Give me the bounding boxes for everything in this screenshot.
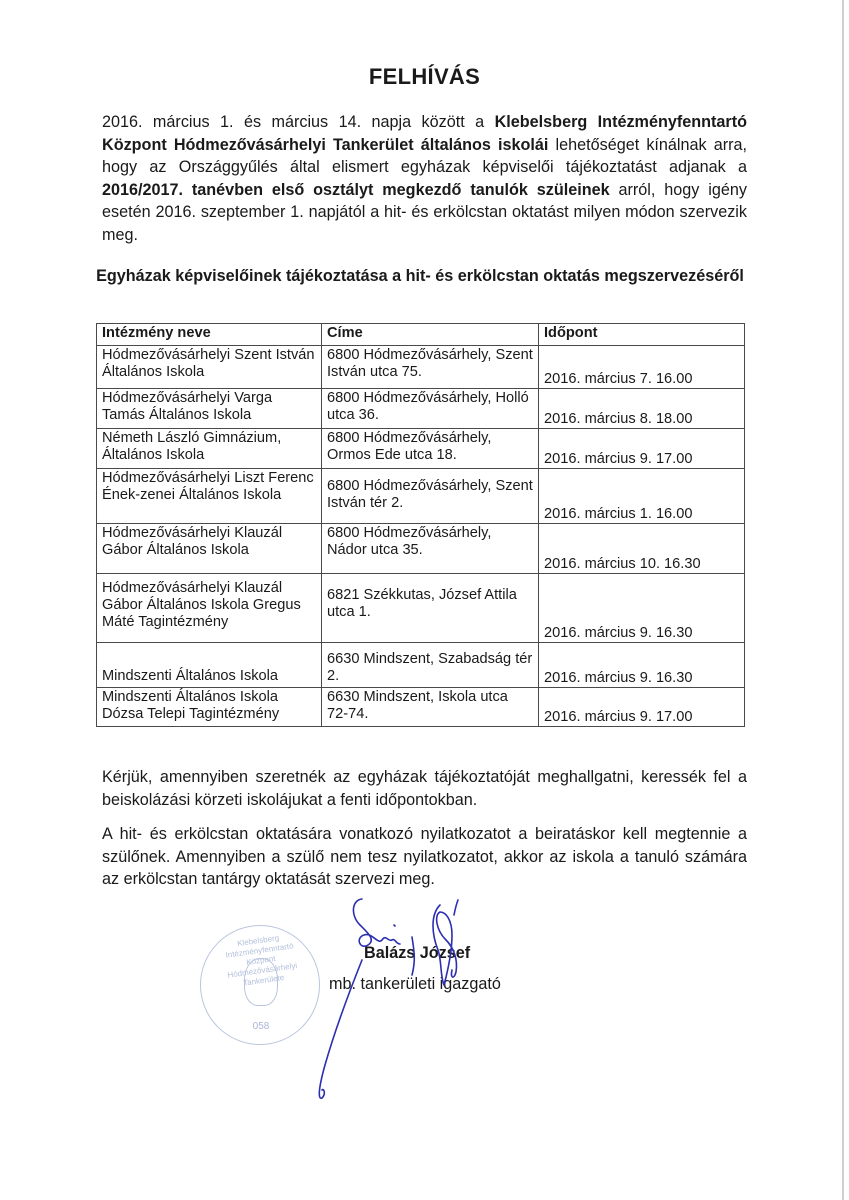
intro-bold-segment: 2016/2017. tanévben első osztályt megkez…: [102, 181, 610, 199]
institution-cell: Mindszenti Általános Iskola Dózsa Telepi…: [97, 688, 322, 727]
address-cell: 6630 Mindszent, Szabadság tér 2.: [322, 643, 539, 688]
signatory-name: Balázs József: [364, 944, 470, 963]
coat-of-arms-icon: [244, 958, 278, 1006]
address-cell: 6821 Székkutas, József Attila utca 1.: [322, 574, 539, 643]
official-stamp: Klebelsberg Intézményfenntartó Központ H…: [200, 925, 320, 1045]
document-title: FELHÍVÁS: [0, 64, 849, 90]
signatory-role: mb. tankerületi igazgató: [329, 975, 501, 994]
time-cell: 2016. március 9. 16.30: [539, 574, 745, 643]
time-cell: 2016. március 9. 17.00: [539, 429, 745, 469]
time-cell: 2016. március 7. 16.00: [539, 346, 745, 389]
schedule-table: Intézmény neve Címe Időpont Hódmezővásár…: [96, 323, 745, 727]
header-time: Időpont: [539, 324, 745, 346]
table-row: Mindszenti Általános Iskola 6630 Mindsze…: [97, 643, 745, 688]
address-cell: 6800 Hódmezővásárhely, Szent István utca…: [322, 346, 539, 389]
intro-text-segment: 2016. március 1. és március 14. napja kö…: [102, 113, 495, 131]
header-address: Címe: [322, 324, 539, 346]
stamp-number: 058: [201, 1021, 321, 1032]
request-paragraph: Kérjük, amennyiben szeretnék az egyházak…: [102, 766, 747, 811]
institution-cell: Németh László Gimnázium, Általános Iskol…: [97, 429, 322, 469]
header-institution: Intézmény neve: [97, 324, 322, 346]
table-row: Hódmezővásárhelyi Szent István Általános…: [97, 346, 745, 389]
declaration-paragraph: A hit- és erkölcstan oktatására vonatkoz…: [102, 823, 747, 891]
table-row: Mindszenti Általános Iskola Dózsa Telepi…: [97, 688, 745, 727]
table-row: Hódmezővásárhelyi Klauzál Gábor Általáno…: [97, 574, 745, 643]
time-cell: 2016. március 1. 16.00: [539, 469, 745, 524]
time-cell: 2016. március 9. 17.00: [539, 688, 745, 727]
address-cell: 6800 Hódmezővásárhely, Nádor utca 35.: [322, 524, 539, 574]
address-cell: 6800 Hódmezővásárhely, Ormos Ede utca 18…: [322, 429, 539, 469]
address-cell: 6800 Hódmezővásárhely, Szent István tér …: [322, 469, 539, 524]
institution-cell: Mindszenti Általános Iskola: [97, 643, 322, 688]
institution-cell: Hódmezővásárhelyi Klauzál Gábor Általáno…: [97, 524, 322, 574]
table-row: Hódmezővásárhelyi Liszt Ferenc Ének-zene…: [97, 469, 745, 524]
address-cell: 6630 Mindszent, Iskola utca 72-74.: [322, 688, 539, 727]
table-row: Németh László Gimnázium, Általános Iskol…: [97, 429, 745, 469]
intro-paragraph: 2016. március 1. és március 14. napja kö…: [102, 111, 747, 246]
time-cell: 2016. március 8. 18.00: [539, 389, 745, 429]
institution-cell: Hódmezővásárhelyi Varga Tamás Általános …: [97, 389, 322, 429]
table-row: Hódmezővásárhelyi Klauzál Gábor Általáno…: [97, 524, 745, 574]
institution-cell: Hódmezővásárhelyi Liszt Ferenc Ének-zene…: [97, 469, 322, 524]
time-cell: 2016. március 10. 16.30: [539, 524, 745, 574]
scan-edge-line: [842, 0, 844, 1200]
time-cell: 2016. március 9. 16.30: [539, 643, 745, 688]
institution-cell: Hódmezővásárhelyi Szent István Általános…: [97, 346, 322, 389]
table-row: Hódmezővásárhelyi Varga Tamás Általános …: [97, 389, 745, 429]
address-cell: 6800 Hódmezővásárhely, Holló utca 36.: [322, 389, 539, 429]
institution-cell: Hódmezővásárhelyi Klauzál Gábor Általáno…: [97, 574, 322, 643]
table-header-row: Intézmény neve Címe Időpont: [97, 324, 745, 346]
table-title: Egyházak képviselőinek tájékoztatása a h…: [96, 265, 744, 287]
